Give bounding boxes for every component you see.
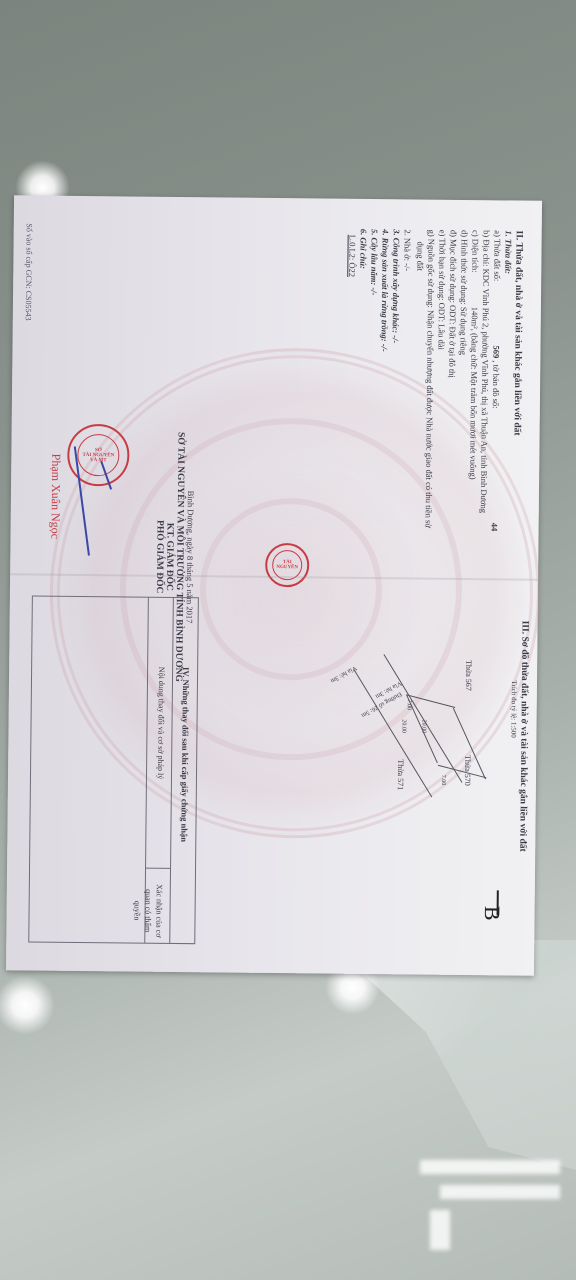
- area-value: 140m², (bằng chữ: Một trăm bốn mươi mét …: [468, 307, 480, 480]
- dim-width-2: 7.00: [437, 775, 448, 786]
- registry-number: Số vào sổ cấp GCN: CS05543: [24, 223, 34, 320]
- dim-length-1: 20.00: [397, 719, 408, 733]
- page-seal-stamp: TÀINGUYÊN: [265, 543, 309, 587]
- window-reflection: [440, 1185, 560, 1199]
- dim-width-1: 7.00: [403, 699, 414, 710]
- label-thua-571: Thửa 571: [395, 759, 406, 790]
- label-thua-567: Thửa 567: [463, 660, 474, 691]
- section-3-block: III. Sơ đồ thửa đất, nhà ở và tài sản kh…: [506, 620, 529, 851]
- parcel-number: 569: [491, 345, 501, 358]
- signer-name: Phạm Xuân Ngọc: [47, 454, 63, 539]
- plot-diagram: Thửa 567 Thửa 570 Thửa 571 20.00 20.00 7…: [14, 195, 542, 201]
- col-change-content: Nội dung thay đổi và cơ sở pháp lý: [155, 667, 167, 780]
- section-3-title: III. Sơ đồ thửa đất, nhà ở và tài sản kh…: [517, 621, 529, 852]
- section-2-block: II. Thửa đất, nhà ở và tài sản khác gắn …: [344, 229, 524, 532]
- dim-length-2: 20.00: [417, 720, 428, 734]
- section-2-title: II. Thửa đất, nhà ở và tài sản khác gắn …: [511, 230, 524, 531]
- section-4-title: IV. Những thay đổi sau khi cấp giấy chứn…: [179, 667, 191, 842]
- map-sheet-number: 44: [490, 523, 500, 532]
- ceiling-light-reflection: [0, 975, 55, 1035]
- land-certificate-document: II. Thửa đất, nhà ở và tài sản khác gắn …: [6, 195, 542, 975]
- window-reflection: [430, 1210, 450, 1250]
- col-authority-confirmation: Xác nhận của cơ quan có thẩm quyền: [131, 880, 165, 942]
- changes-table: [28, 595, 199, 944]
- north-arrow-label: B: [479, 906, 505, 921]
- window-reflection: [420, 1160, 560, 1174]
